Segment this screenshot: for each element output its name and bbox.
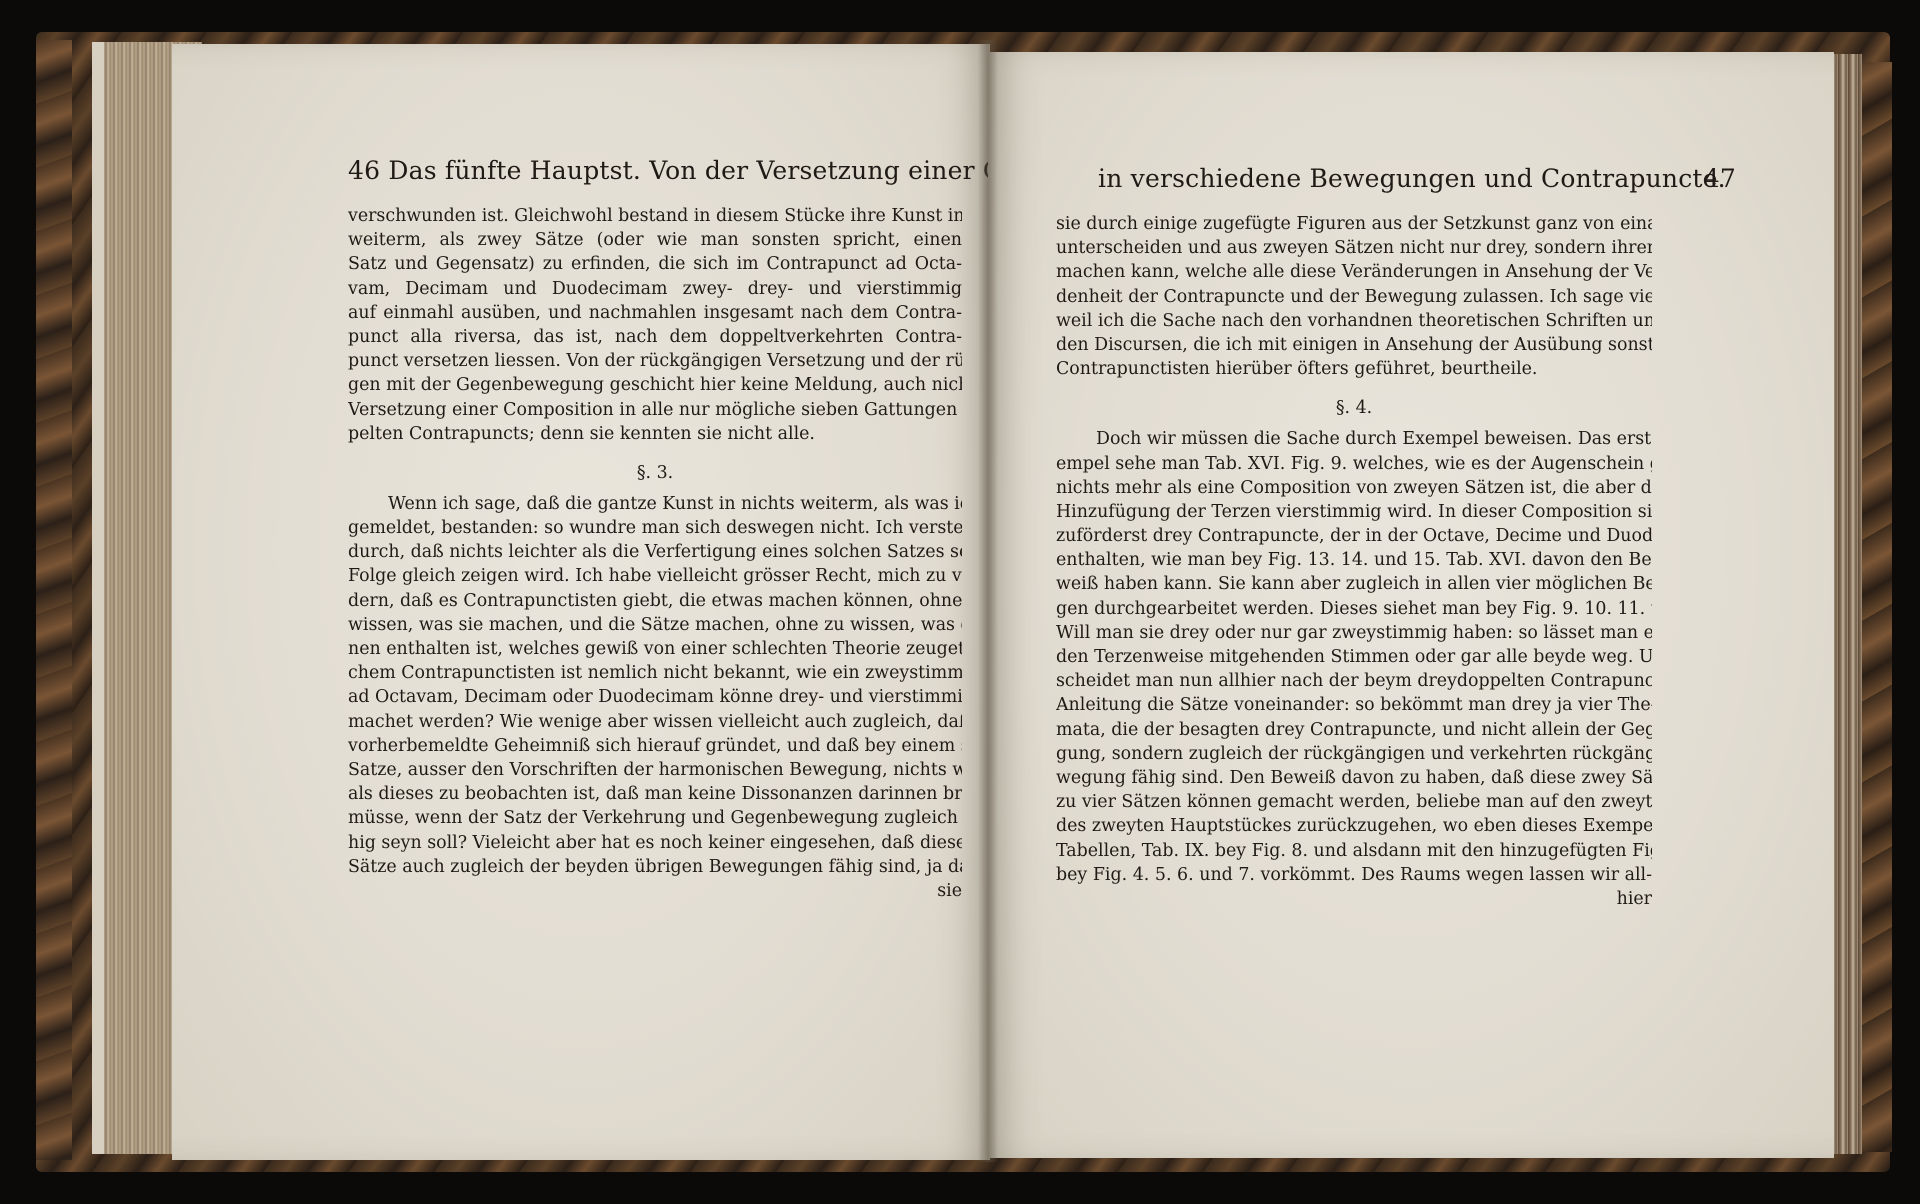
section-heading: §. 3. xyxy=(348,446,962,492)
text-line: weil ich die Sache nach den vorhandnen t… xyxy=(1056,309,1652,333)
text-line: gemeldet, bestanden: so wundre man sich … xyxy=(348,516,962,540)
text-line: ad Octavam, Decimam oder Duodecimam könn… xyxy=(348,685,962,709)
text-line: den Discursen, die ich mit einigen in An… xyxy=(1056,333,1652,357)
text-line: dern, daß es Contrapunctisten giebt, die… xyxy=(348,589,962,613)
text-line: Satz und Gegensatz) zu erfinden, die sic… xyxy=(348,252,962,276)
text-line: durch, daß nichts leichter als die Verfe… xyxy=(348,540,962,564)
text-line: Wenn ich sage, daß die gantze Kunst in n… xyxy=(348,492,962,516)
text-line: machen kann, welche alle diese Veränderu… xyxy=(1056,260,1652,284)
text-line: Anleitung die Sätze voneinander: so bekö… xyxy=(1056,693,1652,717)
text-line: sie durch einige zugefügte Figuren aus d… xyxy=(1056,212,1652,236)
catchword: sie xyxy=(348,879,962,903)
text-line: mata, die der besagten drey Contrapuncte… xyxy=(1056,718,1652,742)
text-line: müsse, wenn der Satz der Verkehrung und … xyxy=(348,806,962,830)
text-line: wegung fähig sind. Den Beweiß davon zu h… xyxy=(1056,766,1652,790)
text-line: punct versetzen liessen. Von der rückgän… xyxy=(348,349,962,373)
text-line: vorherbemeldte Geheimniß sich hierauf gr… xyxy=(348,734,962,758)
text-line: pelten Contrapuncts; denn sie kennten si… xyxy=(348,422,962,446)
text-line: Tabellen, Tab. IX. bey Fig. 8. und alsda… xyxy=(1056,839,1652,863)
text-line: Sätze auch zugleich der beyden übrigen B… xyxy=(348,855,962,879)
text-line: denheit der Contrapuncte und der Bewegun… xyxy=(1056,285,1652,309)
right-text-block: sie durch einige zugefügte Figuren aus d… xyxy=(1056,212,1652,911)
running-head-text: in verschiedene Bewegungen und Contrapun… xyxy=(1098,164,1726,193)
text-line: nichts mehr als eine Composition von zwe… xyxy=(1056,476,1652,500)
text-line: gen mit der Gegenbewegung geschicht hier… xyxy=(348,373,962,397)
text-line: weiterm, als zwey Sätze (oder wie man so… xyxy=(348,228,962,252)
text-line: enthalten, wie man bey Fig. 13. 14. und … xyxy=(1056,548,1652,572)
text-line: Doch wir müssen die Sache durch Exempel … xyxy=(1056,427,1652,451)
page-number: 47 xyxy=(1704,164,1736,193)
text-line: empel sehe man Tab. XVI. Fig. 9. welches… xyxy=(1056,452,1652,476)
text-line: hig seyn soll? Vieleicht aber hat es noc… xyxy=(348,831,962,855)
text-line: Will man sie drey oder nur gar zweystimm… xyxy=(1056,621,1652,645)
text-line: unterscheiden und aus zweyen Sätzen nich… xyxy=(1056,236,1652,260)
text-line: wissen, was sie machen, und die Sätze ma… xyxy=(348,613,962,637)
text-line: punct alla riversa, das ist, nach dem do… xyxy=(348,325,962,349)
text-line: des zweyten Hauptstückes zurückzugehen, … xyxy=(1056,814,1652,838)
text-line: verschwunden ist. Gleichwohl bestand in … xyxy=(348,204,962,228)
section-heading: §. 4. xyxy=(1056,381,1652,427)
text-line: als dieses zu beobachten ist, daß man ke… xyxy=(348,782,962,806)
catchword: hier xyxy=(1056,887,1652,911)
book-gutter xyxy=(978,40,998,1162)
text-line: auf einmahl ausüben, und nachmahlen insg… xyxy=(348,301,962,325)
text-line: den Terzenweise mitgehenden Stimmen oder… xyxy=(1056,645,1652,669)
text-line: bey Fig. 4. 5. 6. und 7. vorkömmt. Des R… xyxy=(1056,863,1652,887)
text-line: Hinzufügung der Terzen vierstimmig wird.… xyxy=(1056,500,1652,524)
text-line: vam, Decimam und Duodecimam zwey- drey- … xyxy=(348,277,962,301)
text-line: Versetzung einer Composition in alle nur… xyxy=(348,398,962,422)
cover-edge-left xyxy=(36,40,72,1160)
running-head-right: in verschiedene Bewegungen und Contrapun… xyxy=(1098,164,1654,193)
page-number: 46 xyxy=(348,156,380,185)
text-line: scheidet man nun allhier nach der beym d… xyxy=(1056,669,1652,693)
text-line: chem Contrapunctisten ist nemlich nicht … xyxy=(348,661,962,685)
text-line: nen enthalten ist, welches gewiß von ein… xyxy=(348,637,962,661)
text-line: machet werden? Wie wenige aber wissen vi… xyxy=(348,710,962,734)
text-line: gen durchgearbeitet werden. Dieses siehe… xyxy=(1056,597,1652,621)
left-text-block: verschwunden ist. Gleichwohl bestand in … xyxy=(348,204,962,903)
text-line: Contrapunctisten hierüber öfters geführe… xyxy=(1056,357,1652,381)
text-line: Satze, ausser den Vorschriften der harmo… xyxy=(348,758,962,782)
text-line: zu vier Sätzen können gemacht werden, be… xyxy=(1056,790,1652,814)
left-page: 46 Das fünfte Hauptst. Von der Versetzun… xyxy=(172,44,990,1160)
text-line: Folge gleich zeigen wird. Ich habe viell… xyxy=(348,564,962,588)
text-line: weiß haben kann. Sie kann aber zugleich … xyxy=(1056,572,1652,596)
text-line: zuförderst drey Contrapuncte, der in der… xyxy=(1056,524,1652,548)
right-page: in verschiedene Bewegungen und Contrapun… xyxy=(988,52,1834,1158)
text-line: gung, sondern zugleich der rückgängigen … xyxy=(1056,742,1652,766)
